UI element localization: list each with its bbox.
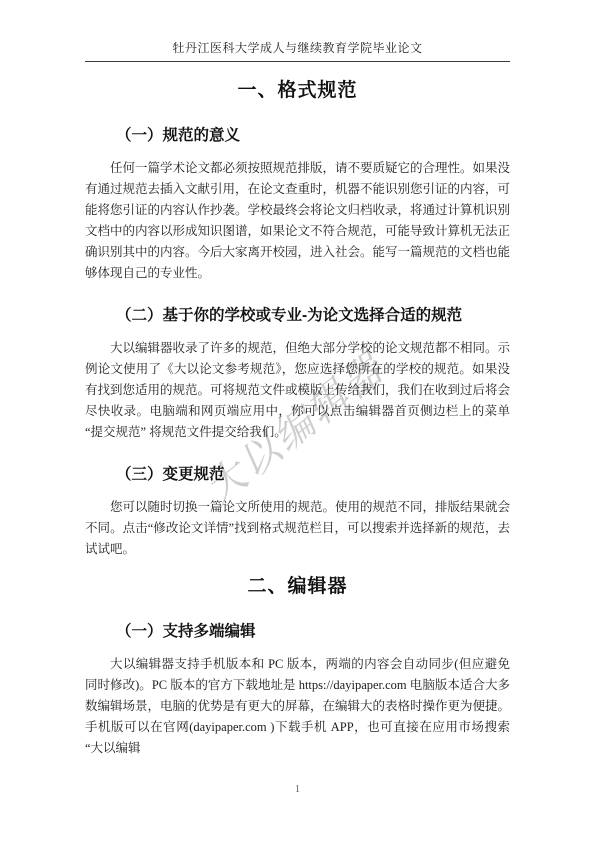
page-number: 1 — [295, 784, 300, 795]
sub-heading: （一）支持多端编辑 — [85, 622, 510, 642]
document-body: 一、格式规范（一）规范的意义任何一篇学术论文都必须按照规范排版，请不要质疑它的合… — [85, 74, 510, 759]
paragraph: 大以编辑器支持手机版本和 PC 版本，两端的内容会自动同步(但应避免同时修改)。… — [85, 654, 510, 759]
page-footer: 1 — [0, 784, 595, 795]
section-heading: 二、编辑器 — [85, 574, 510, 600]
paragraph: 您可以随时切换一篇论文所使用的规范。使用的规范不同，排版结果就会不同。点击“修改… — [85, 497, 510, 560]
header-title: 牡丹江医科大学成人与继续教育学院毕业论文 — [172, 41, 422, 55]
sub-heading: （三）变更规范 — [85, 465, 510, 485]
sub-heading: （一）规范的意义 — [85, 126, 510, 146]
paragraph: 大以编辑器收录了许多的规范，但绝大部分学校的论文规范都不相同。示例论文使用了《大… — [85, 338, 510, 443]
document-page: 牡丹江医科大学成人与继续教育学院毕业论文 大以编辑器 一、格式规范（一）规范的意… — [0, 0, 595, 842]
sub-heading: （二）基于你的学校或专业-为论文选择合适的规范 — [85, 306, 510, 326]
paragraph: 任何一篇学术论文都必须按照规范排版，请不要质疑它的合理性。如果没有通过规范去插入… — [85, 158, 510, 284]
page-header: 牡丹江医科大学成人与继续教育学院毕业论文 — [85, 41, 510, 62]
section-heading: 一、格式规范 — [85, 78, 510, 104]
